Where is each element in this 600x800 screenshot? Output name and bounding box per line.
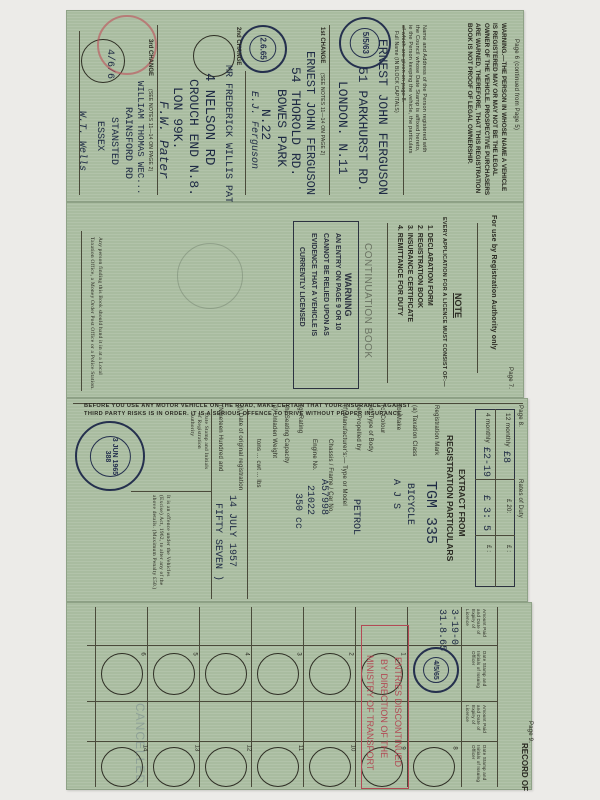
note-item-2: 2. REGISTRATION BOOK — [416, 225, 423, 308]
note-item-3: 3. INSURANCE CERTIFICATE — [406, 225, 413, 322]
page-continuation: Page 7. For use by Registration Authorit… — [66, 202, 524, 398]
page-label: Page 7. — [507, 367, 513, 389]
note-item-4: 4. REMITTANCE FOR DUTY — [396, 225, 403, 316]
record-title: RECORD OF — [520, 743, 529, 791]
circle-number: 6 — [140, 652, 146, 655]
divider — [131, 491, 211, 492]
entry1-council-stamp: 4/5/65 — [413, 647, 459, 693]
change1-heading: 1st CHANGE — [319, 27, 325, 63]
page-label: Page 9. — [527, 721, 533, 743]
chassis-value: A57998 — [318, 479, 329, 515]
circle-number: 13 — [193, 745, 199, 752]
divider — [157, 25, 158, 195]
divider — [387, 223, 388, 383]
discontinued-line-3: MINISTRY OF TRANSPORT — [365, 655, 375, 770]
owner1-address-1: 51 PARKHURST RD. — [355, 67, 370, 192]
original-registration-value: 14 JULY 1957 — [226, 495, 237, 567]
insurance-banner-bottom: THIRD PARTY RISKS IS IN ORDER. IT IS A S… — [84, 411, 403, 417]
discontinued-line-1: ENTRIES DISCONTINUED — [393, 657, 403, 767]
rate-row-4m-col2: £ 3: 5 — [480, 495, 491, 531]
continuation-title: CONTINUATION BOOK — [362, 243, 373, 359]
insurance-banner-top: BEFORE YOU USE ANY MOTOR VEHICLE ON THE … — [84, 403, 411, 409]
grid-line — [199, 607, 200, 787]
intro-text: Name and Address of the Person registere… — [400, 25, 427, 154]
date-stamp-label: Date Stamp and Initials of Registration … — [188, 413, 209, 473]
page-label: Page 8. — [517, 405, 523, 427]
entry1-expiry: 31.8.65 — [436, 609, 447, 651]
faint-postmark — [177, 243, 243, 309]
registration-mark-label: Registration Mark — [433, 405, 439, 455]
col-label-amount-1: Amount Paid and Date of Expiry of Licenc… — [465, 609, 487, 643]
change1-address-2: BOWES PARK — [274, 89, 289, 167]
grid-line — [497, 607, 498, 787]
entry1-amount: 3-19-0 — [448, 609, 459, 645]
note-heading: NOTE — [453, 293, 463, 318]
page-owner-changes: Page 6 (continued from Page 5) WARNING.—… — [66, 10, 524, 202]
licence-circle-11 — [257, 747, 299, 787]
warning-line-2: CANNOT BE RELIED UPON AS — [322, 233, 329, 336]
change2-address-3: LON 99K. — [170, 87, 185, 149]
divider — [329, 25, 330, 195]
change1-address-1: 54 THOROLD RD. — [288, 67, 303, 176]
circle-number: 3 — [296, 652, 302, 655]
licence-circle-2 — [309, 653, 351, 695]
rate-row-12m-col2: £ 20: — [505, 499, 511, 513]
warning-line-3: EVIDENCE THAT A VEHICLE IS — [310, 233, 317, 336]
rate-row-12m-value: £8 — [500, 451, 511, 463]
change2-address-1: 4 NELSON RD — [201, 73, 217, 165]
engine-no-label: Engine No. — [311, 439, 317, 471]
change2-signature: F.W. Pater — [156, 101, 171, 179]
divider — [211, 409, 212, 599]
legal-warning: WARNING.—THE PERSON IN WHOSE NAME A VEHI… — [464, 23, 507, 198]
engine-no-value: 21022 — [304, 485, 315, 515]
rating-value: 350 cc — [292, 493, 303, 529]
divider — [245, 71, 246, 195]
page-extract: Page 8. Rates of Duty 12 monthly £8 £ 20… — [66, 398, 528, 602]
licence-circle-4 — [205, 653, 247, 695]
change1-name: ERNEST JOHN FERGUSON — [303, 51, 317, 195]
grid-line — [147, 607, 148, 787]
motor-registration-stamp: 3 JUN 1965 388 — [75, 421, 145, 491]
change3-name: WILLIAM THOMAS WEC... — [135, 81, 145, 194]
colour-label: (c) Colour — [379, 405, 385, 433]
motor-stamp-number: 388 — [103, 450, 110, 462]
licence-circle-13 — [153, 747, 195, 787]
faint-cancelled-stamp: CANCELLED — [133, 703, 147, 784]
legal-warning-text: WARNING.—THE PERSON IN WHOSE NAME A VEHI… — [466, 23, 507, 195]
extract-title-1: EXTRACT FROM — [457, 469, 467, 537]
licence-circle-6 — [101, 653, 143, 695]
offence-note: It is an offence under the Vehicles (Exc… — [150, 495, 171, 595]
rate-row-4m-col3: £ : — [485, 545, 491, 552]
divider — [247, 409, 248, 599]
rates-divider — [495, 409, 496, 587]
rates-divider — [475, 479, 515, 480]
year-words-value: FIFTY SEVEN ) — [212, 503, 223, 581]
circle-number: 2 — [348, 652, 354, 655]
change3-heading: 3rd CHANGE — [147, 39, 153, 76]
grid-line — [87, 741, 497, 742]
warning-heading: WARNING — [343, 273, 353, 317]
rates-divider — [475, 535, 515, 536]
grid-line — [303, 607, 304, 787]
divider — [81, 231, 82, 391]
manufacturer-label: (f) Manufacturer's:— Type or Model — [341, 405, 347, 506]
rate-row-4m-period: 4 monthly — [484, 413, 491, 443]
circle-number: 4 — [244, 652, 250, 655]
licence-circle-12 — [205, 747, 247, 787]
warning-line-4: CURRENTLY LICENSED — [298, 247, 305, 327]
circle-number: 12 — [245, 745, 251, 752]
change2-address-2: CROUCH END N.8. — [186, 79, 201, 196]
divider — [403, 25, 404, 195]
found-notice-text: Any person finding this Book should hand… — [90, 237, 104, 390]
rate-row-4m-value: £2-19 — [480, 447, 491, 477]
grid-line — [251, 607, 252, 787]
original-registration-label: (j) Date of original registration — [237, 405, 243, 490]
discontinued-line-2: BY DIRECTION OF THE — [379, 659, 389, 758]
note-item-1: 1. DECLARATION FORM — [426, 225, 433, 306]
circle-number: 5 — [192, 652, 198, 655]
licence-circle-5 — [153, 653, 195, 695]
grid-line — [461, 607, 462, 787]
owner1-address-2: LONDON. N.11 — [335, 81, 350, 175]
col-label-stamp-2: Date Stamp and Initials of Issuing Offic… — [471, 745, 488, 789]
divider — [477, 223, 478, 373]
owner1-name-label: Full Name (IN BLOCK CAPITALS) — [393, 31, 399, 113]
col-label-amount-2: Amount Paid and Date of Expiry of Licenc… — [465, 705, 487, 739]
circle-number: 8 — [452, 746, 458, 749]
change3-note: (SEE NOTES 11—14 ON PAGE 2) — [147, 89, 153, 171]
note-intro: EVERY APPLICATION FOR A LICENCE MUST CON… — [441, 217, 447, 387]
change3-address-2: STANSTED — [108, 117, 119, 165]
date-stamp-label-text: Date Stamp and Initials of Registration … — [189, 413, 209, 469]
taxation-class-value: BICYCLE — [404, 483, 415, 525]
grid-line — [95, 607, 96, 787]
offence-note-text: It is an offence under the Vehicles (Exc… — [151, 495, 171, 589]
circle-number: 10 — [349, 745, 355, 752]
page-record-of-licences: RECORD OF Page 9. Amount Paid and Date o… — [66, 602, 532, 790]
change1-stamp-date: 2.6.65 — [259, 38, 268, 60]
change2-name: MR FREDERICK WILLIS PATER — [222, 65, 233, 215]
grid-line — [355, 607, 356, 787]
registration-mark-value: TGM 335 — [422, 481, 439, 544]
change3-address-1: RAINSFORD RD — [122, 107, 133, 179]
licence-circle-8 — [413, 747, 455, 787]
change1-note: (SEE NOTES 11—14 ON PAGE 2) — [319, 73, 325, 155]
rate-row-12m-period: 12 monthly — [504, 413, 511, 447]
taxation-class-label: (a) Taxation Class — [411, 405, 417, 457]
change1-address-3: N.22 — [258, 109, 273, 140]
divider — [79, 31, 80, 195]
owner1-stamp-date: 5/5/63 — [361, 32, 370, 54]
change3-signature: W.T. Wells — [76, 111, 87, 171]
warning-line-1: AN ENTRY ON PAGE 9 OR 10 — [334, 233, 341, 330]
rate-row-12m-col3: £ : — [505, 545, 511, 552]
grid-line — [87, 701, 497, 702]
extract-title-2: REGISTRATION PARTICULARS — [445, 435, 455, 561]
change1-signature: E.J. Ferguson — [248, 91, 259, 169]
change1-council-stamp: 2.6.65 — [239, 25, 287, 73]
col-label-stamp-1: Date Stamp and Initials of Issuing Offic… — [471, 651, 488, 695]
rates-of-duty-label: Rates of Duty — [517, 479, 523, 518]
found-book-notice: Any person finding this Book should hand… — [88, 237, 103, 397]
authority-only-label: For use by Registration Authority only — [490, 215, 497, 350]
licence-circle-10 — [309, 747, 351, 787]
entry1-stamp-date: 4/5/65 — [433, 660, 440, 679]
rating-label: (g) Rating — [297, 405, 303, 433]
circle-number: 11 — [297, 745, 303, 751]
propelled-by-value: PETROL — [350, 499, 361, 535]
make-value: A J S — [390, 479, 401, 509]
owner1-council-stamp: 5/5/63 — [339, 17, 391, 69]
licence-circle-3 — [257, 653, 299, 695]
change3-address-3: ESSEX — [94, 121, 105, 151]
change2-heading: 2nd CHANGE — [235, 27, 241, 65]
unladen-weight-units: tons ... cwt ... lbs — [255, 439, 261, 488]
motor-stamp-date: 3 JUN 1965 — [110, 437, 117, 474]
page-label: Page 6 (continued from Page 5) — [513, 39, 519, 130]
